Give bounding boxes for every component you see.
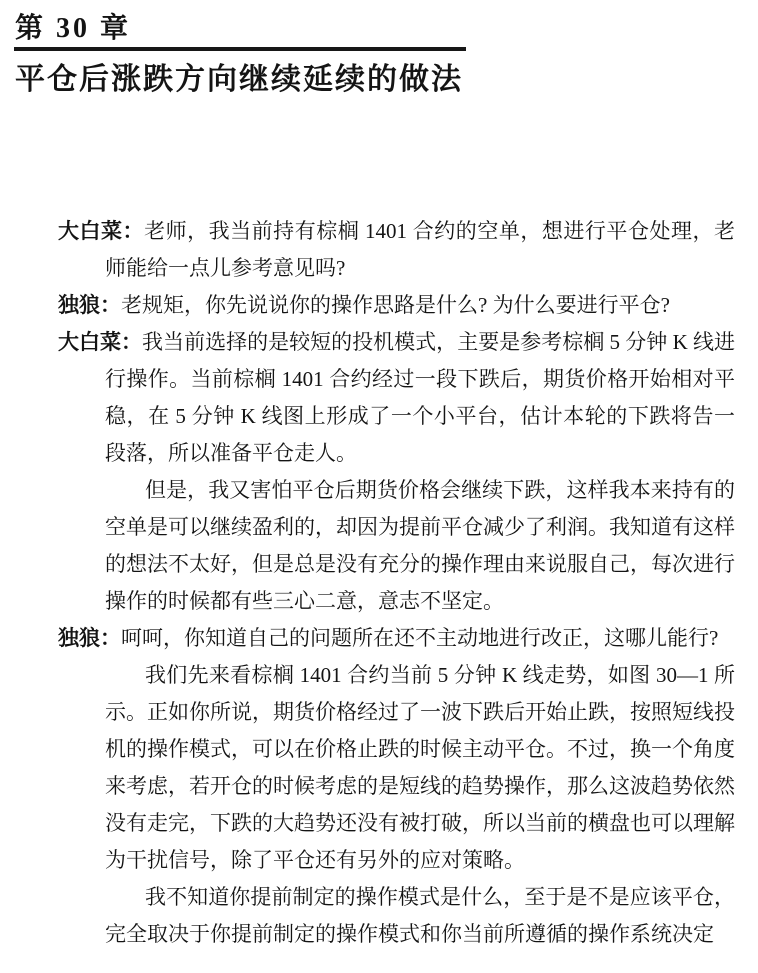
speech-text: 老规矩，你先说说你的操作思路是什么? 为什么要进行平仓?: [121, 293, 670, 317]
speaker-name: 独狼：: [58, 293, 121, 317]
title-divider-rule: [14, 47, 466, 51]
chapter-title: 平仓后涨跌方向继续延续的做法: [15, 54, 463, 98]
speech-text: 老师，我当前持有棕榈 1401 合约的空单，想进行平仓处理，老师能给一点儿参考意…: [105, 219, 735, 280]
speech-paragraph: 大白菜：我当前选择的是较短的投机模式，主要是参考棕榈 5 分钟 K 线进行操作。…: [105, 324, 735, 472]
chapter-label: 第 30 章: [15, 6, 131, 46]
speech-block-3: 大白菜：我当前选择的是较短的投机模式，主要是参考棕榈 5 分钟 K 线进行操作。…: [105, 324, 735, 620]
speech-paragraph: 独狼：老规矩，你先说说你的操作思路是什么? 为什么要进行平仓?: [105, 287, 735, 324]
book-page: 第 30 章 平仓后涨跌方向继续延续的做法 大白菜：老师，我当前持有棕榈 140…: [0, 0, 758, 973]
speaker-name: 大白菜：: [58, 219, 144, 243]
speech-paragraph: 但是，我又害怕平仓后期货价格会继续下跌，这样我本来持有的空单是可以继续盈利的，却…: [105, 472, 735, 620]
speech-paragraph: 独狼：呵呵，你知道自己的问题所在还不主动地进行改正，这哪儿能行?: [105, 620, 735, 657]
speech-text: 我当前选择的是较短的投机模式，主要是参考棕榈 5 分钟 K 线进行操作。当前棕榈…: [105, 330, 735, 465]
dialogue-body: 大白菜：老师，我当前持有棕榈 1401 合约的空单，想进行平仓处理，老师能给一点…: [0, 213, 758, 953]
speaker-name: 独狼：: [58, 626, 121, 650]
speech-paragraph: 我不知道你提前制定的操作模式是什么，至于是不是应该平仓，完全取决于你提前制定的操…: [105, 879, 735, 953]
speech-text: 呵呵，你知道自己的问题所在还不主动地进行改正，这哪儿能行?: [121, 626, 718, 650]
speech-block-2: 独狼：老规矩，你先说说你的操作思路是什么? 为什么要进行平仓?: [105, 287, 735, 324]
speaker-name: 大白菜：: [58, 330, 142, 354]
speech-paragraph: 我们先来看棕榈 1401 合约当前 5 分钟 K 线走势，如图 30—1 所示。…: [105, 657, 735, 879]
speech-paragraph: 大白菜：老师，我当前持有棕榈 1401 合约的空单，想进行平仓处理，老师能给一点…: [105, 213, 735, 287]
speech-block-1: 大白菜：老师，我当前持有棕榈 1401 合约的空单，想进行平仓处理，老师能给一点…: [105, 213, 735, 287]
speech-block-4: 独狼：呵呵，你知道自己的问题所在还不主动地进行改正，这哪儿能行? 我们先来看棕榈…: [105, 620, 735, 953]
